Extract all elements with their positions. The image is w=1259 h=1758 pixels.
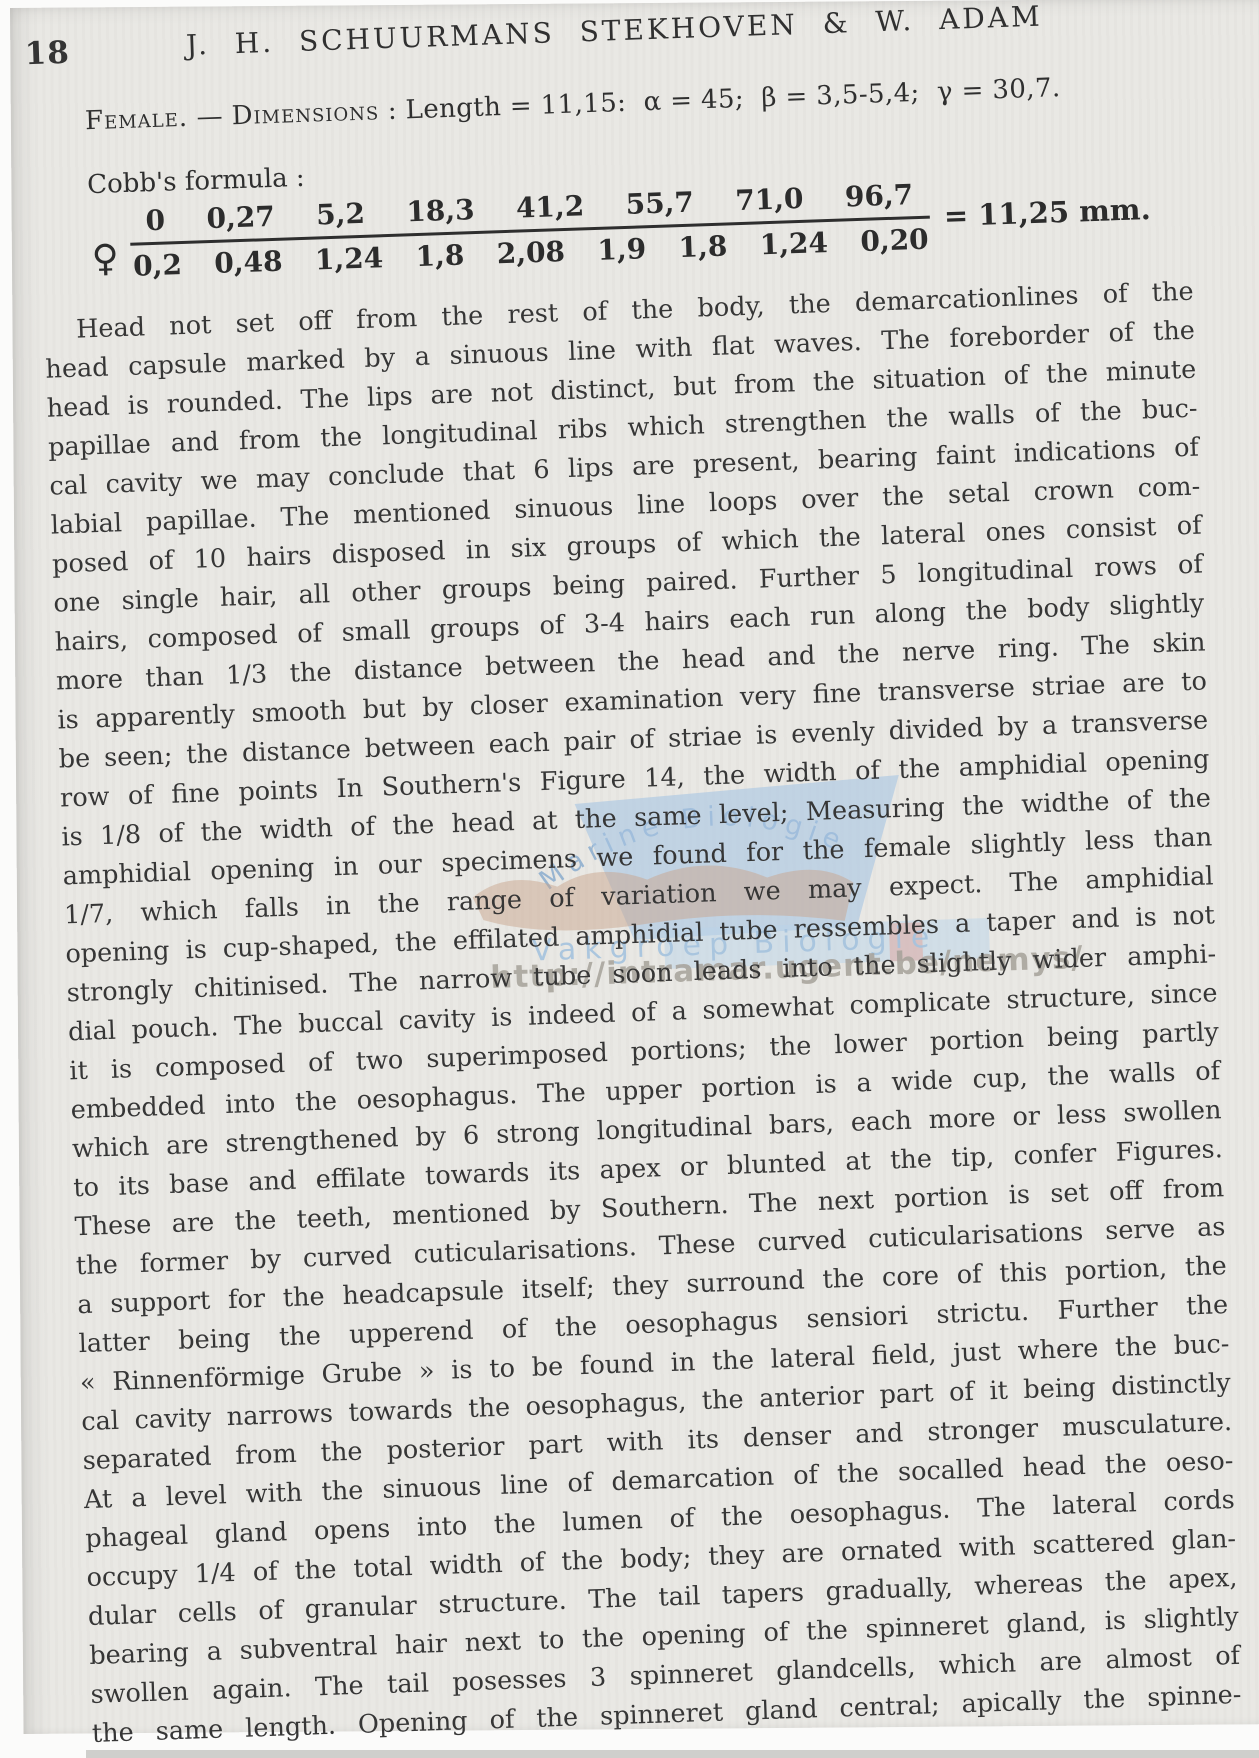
cobb-formula-label: Cobb's formula : xyxy=(87,163,305,200)
numerator-value: 96,7 xyxy=(844,178,913,213)
formula-result: = 11,25 mm. xyxy=(943,192,1151,233)
numerator-value: 18,3 xyxy=(406,193,475,228)
denominator-value: 1,24 xyxy=(314,241,383,276)
denominator-value: 1,24 xyxy=(759,226,828,261)
numerator-value: 71,0 xyxy=(735,182,804,217)
page-content: 18 J. H. SCHUURMANS STEKHOVEN & W. ADAM … xyxy=(0,0,1259,1751)
denominator-value: 2,08 xyxy=(496,235,565,270)
denominator-value: 1,9 xyxy=(597,232,647,267)
numerator-value: 5,2 xyxy=(316,197,366,232)
numerator-value: 55,7 xyxy=(625,186,694,221)
body-paragraph: Head not set off from the rest of the bo… xyxy=(44,273,1242,1754)
denominator-value: 1,8 xyxy=(678,229,728,264)
female-label: Female. xyxy=(85,103,189,136)
dimensions-line: Female. — Dimensions : Length = 11,15: α… xyxy=(85,68,1199,136)
page-paper: 18 J. H. SCHUURMANS STEKHOVEN & W. ADAM … xyxy=(10,0,1259,1734)
numerator-value: 0,27 xyxy=(206,200,275,235)
denominator-value: 0,2 xyxy=(133,248,183,283)
numerator-value: 41,2 xyxy=(515,189,584,224)
scan-background: 18 J. H. SCHUURMANS STEKHOVEN & W. ADAM … xyxy=(0,0,1259,1758)
dash-separator: — xyxy=(187,101,232,132)
denominator-value: 0,48 xyxy=(214,245,283,280)
denominator-value: 0,20 xyxy=(860,223,929,258)
numerator-value: 0 xyxy=(145,204,166,238)
female-symbol-icon: ♀ xyxy=(91,236,120,280)
scan-edge-shadow xyxy=(86,1750,1259,1758)
denominator-value: 1,8 xyxy=(415,238,465,273)
dimensions-values: : Length = 11,15: α = 45; β = 3,5-5,4; γ… xyxy=(379,73,1061,126)
running-header: J. H. SCHUURMANS STEKHOVEN & W. ADAM xyxy=(0,0,1241,68)
dimensions-label: Dimensions xyxy=(231,96,379,131)
